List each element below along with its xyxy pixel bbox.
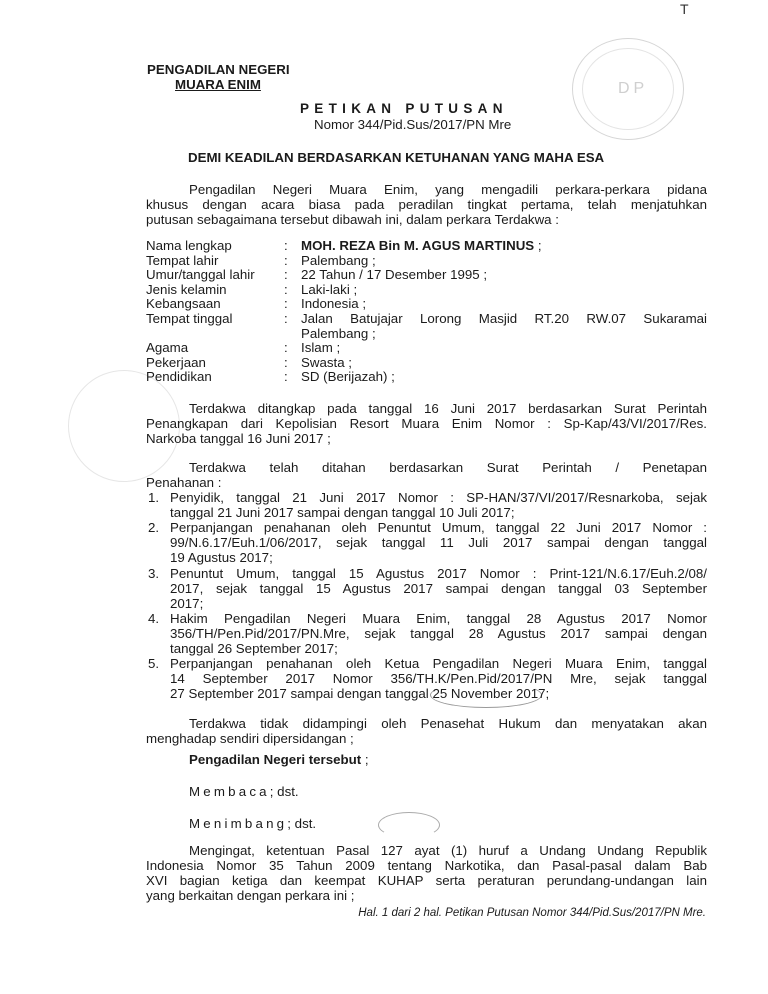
- intro-line-1: Pengadilan Negeri Muara Enim, yang menga…: [189, 182, 707, 197]
- detention-item-4-line: tanggal 26 September 2017;: [170, 641, 338, 656]
- page-footer: Hal. 1 dari 2 hal. Petikan Putusan Nomor…: [358, 906, 706, 921]
- detention-item-2-line: Perpanjangan penahanan oleh Penuntut Umu…: [170, 520, 707, 535]
- counsel-line-1: Terdakwa tidak didampingi oleh Penasehat…: [189, 716, 707, 731]
- identity-separator: :: [284, 341, 301, 356]
- court-heading-text: Pengadilan Negeri tersebut: [189, 752, 361, 767]
- detention-item-1-line: tanggal 21 Juni 2017 sampai dengan tangg…: [170, 505, 515, 520]
- pen-mark-curve: [378, 812, 440, 838]
- document-number: Nomor 344/Pid.Sus/2017/PN Mre: [314, 117, 511, 132]
- detention-item-number: 2.: [148, 520, 159, 535]
- detention-item-4-line: Hakim Pengadilan Negeri Muara Enim, tang…: [170, 611, 707, 626]
- corner-mark: T: [680, 2, 689, 17]
- identity-row: Tempat lahir : Palembang ;: [146, 254, 707, 269]
- identity-value: Jalan Batujajar Lorong Masjid RT.20 RW.0…: [301, 312, 707, 341]
- identity-row: Jenis kelamin : Laki-laki ;: [146, 283, 707, 298]
- identity-label: Pendidikan: [146, 370, 284, 385]
- identity-separator: :: [284, 297, 301, 312]
- identity-label: Kebangsaan: [146, 297, 284, 312]
- mengingat-line-1: Mengingat, ketentuan Pasal 127 ayat (1) …: [189, 843, 707, 858]
- identity-value: Islam ;: [301, 341, 707, 356]
- court-name: PENGADILAN NEGERI: [147, 62, 290, 77]
- intro-line-3: putusan sebagaimana tersebut dibawah ini…: [146, 212, 559, 227]
- identity-label: Umur/tanggal lahir: [146, 268, 284, 283]
- detention-item-number: 1.: [148, 490, 159, 505]
- identity-separator: :: [284, 239, 301, 254]
- court-city: MUARA ENIM: [175, 77, 261, 92]
- mengingat-line-2: Indonesia Nomor 35 Tahun 2009 tentang Na…: [146, 858, 707, 873]
- counsel-line-2: menghadap sendiri dipersidangan ;: [146, 731, 354, 746]
- identity-row: Umur/tanggal lahir : 22 Tahun / 17 Desem…: [146, 268, 707, 283]
- address-line-1: Jalan Batujajar Lorong Masjid RT.20 RW.0…: [301, 312, 707, 327]
- identity-value: Palembang ;: [301, 254, 707, 269]
- identity-value: Laki-laki ;: [301, 283, 707, 298]
- court-heading-suffix: ;: [361, 752, 368, 767]
- identity-label: Tempat lahir: [146, 254, 284, 269]
- identity-label: Nama lengkap: [146, 239, 284, 254]
- detention-intro-line-1: Terdakwa telah ditahan berdasarkan Surat…: [189, 460, 707, 475]
- identity-separator: :: [284, 268, 301, 283]
- detention-item-2-line: 19 Agustus 2017;: [170, 550, 273, 565]
- detention-item-number: 4.: [148, 611, 159, 626]
- court-heading: Pengadilan Negeri tersebut ;: [189, 752, 369, 767]
- identity-value: Swasta ;: [301, 356, 707, 371]
- identity-separator: :: [284, 283, 301, 298]
- mengingat-line-3: XVI bagian ketiga dan keempat KUHAP sert…: [146, 873, 707, 888]
- identity-separator: :: [284, 370, 301, 385]
- identity-row: Kebangsaan : Indonesia ;: [146, 297, 707, 312]
- menimbang-word: Menimbang: [189, 816, 287, 831]
- identity-row: Tempat tinggal : Jalan Batujajar Lorong …: [146, 312, 707, 341]
- invocation-heading: DEMI KEADILAN BERDASARKAN KETUHANAN YANG…: [188, 150, 604, 165]
- detention-item-3-line: 2017, sejak tanggal 15 Agustus 2017 samp…: [170, 581, 707, 596]
- detention-item-4-line: 356/TH/Pen.Pid/2017/PN.Mre, sejak tangga…: [170, 626, 707, 641]
- identity-row: Pekerjaan : Swasta ;: [146, 356, 707, 371]
- arrest-line-2: Penangkapan dari Kepolisian Resort Muara…: [146, 416, 707, 431]
- stamp-text: DP: [618, 80, 648, 98]
- detention-item-number: 3.: [148, 566, 159, 581]
- detention-item-number: 5.: [148, 656, 159, 671]
- detention-item-5-line: Perpanjangan penahanan oleh Ketua Pengad…: [170, 656, 707, 671]
- membaca-word: Membaca: [189, 784, 270, 799]
- identity-label: Agama: [146, 341, 284, 356]
- document-title: PETIKAN PUTUSAN: [300, 101, 508, 116]
- intro-line-2: khusus dengan acara biasa pada peradilan…: [146, 197, 707, 212]
- detention-item-1-line: Penyidik, tanggal 21 Juni 2017 Nomor : S…: [170, 490, 707, 505]
- defendant-identity-table: Nama lengkap : MOH. REZA Bin M. AGUS MAR…: [146, 239, 707, 385]
- identity-separator: :: [284, 356, 301, 371]
- identity-value: SD (Berijazah) ;: [301, 370, 707, 385]
- identity-separator: :: [284, 254, 301, 269]
- mengingat-line-4: yang berkaitan dengan perkara ini ;: [146, 888, 354, 903]
- menimbang-line: Menimbang; dst.: [189, 816, 316, 831]
- membaca-line: Membaca; dst.: [189, 784, 299, 799]
- address-line-2: Palembang ;: [301, 327, 707, 342]
- menimbang-suffix: ; dst.: [287, 816, 316, 831]
- detention-item-3-line: 2017;: [170, 596, 203, 611]
- detention-intro-line-2: Penahanan :: [146, 475, 221, 490]
- arrest-line-3: Narkoba tanggal 16 Juni 2017 ;: [146, 431, 331, 446]
- identity-value: Indonesia ;: [301, 297, 707, 312]
- identity-label: Tempat tinggal: [146, 312, 284, 341]
- identity-value: 22 Tahun / 17 Desember 1995 ;: [301, 268, 707, 283]
- membaca-suffix: ; dst.: [270, 784, 299, 799]
- detention-item-3-line: Penuntut Umum, tanggal 15 Agustus 2017 N…: [170, 566, 707, 581]
- identity-row: Pendidikan : SD (Berijazah) ;: [146, 370, 707, 385]
- identity-label: Pekerjaan: [146, 356, 284, 371]
- defendant-name: MOH. REZA Bin M. AGUS MARTINUS: [301, 238, 534, 253]
- identity-value: MOH. REZA Bin M. AGUS MARTINUS ;: [301, 239, 707, 254]
- detention-item-2-line: 99/N.6.17/Euh.1/06/2017, sejak tanggal 1…: [170, 535, 707, 550]
- identity-separator: :: [284, 312, 301, 341]
- identity-value-suffix: ;: [534, 238, 541, 253]
- identity-row: Agama : Islam ;: [146, 341, 707, 356]
- identity-label: Jenis kelamin: [146, 283, 284, 298]
- identity-row: Nama lengkap : MOH. REZA Bin M. AGUS MAR…: [146, 239, 707, 254]
- detention-item-5-line: 14 September 2017 Nomor 356/TH.K/Pen.Pid…: [170, 671, 707, 686]
- arrest-line-1: Terdakwa ditangkap pada tanggal 16 Juni …: [189, 401, 707, 416]
- detention-item-5-line: 27 September 2017 sampai dengan tanggal …: [170, 686, 549, 701]
